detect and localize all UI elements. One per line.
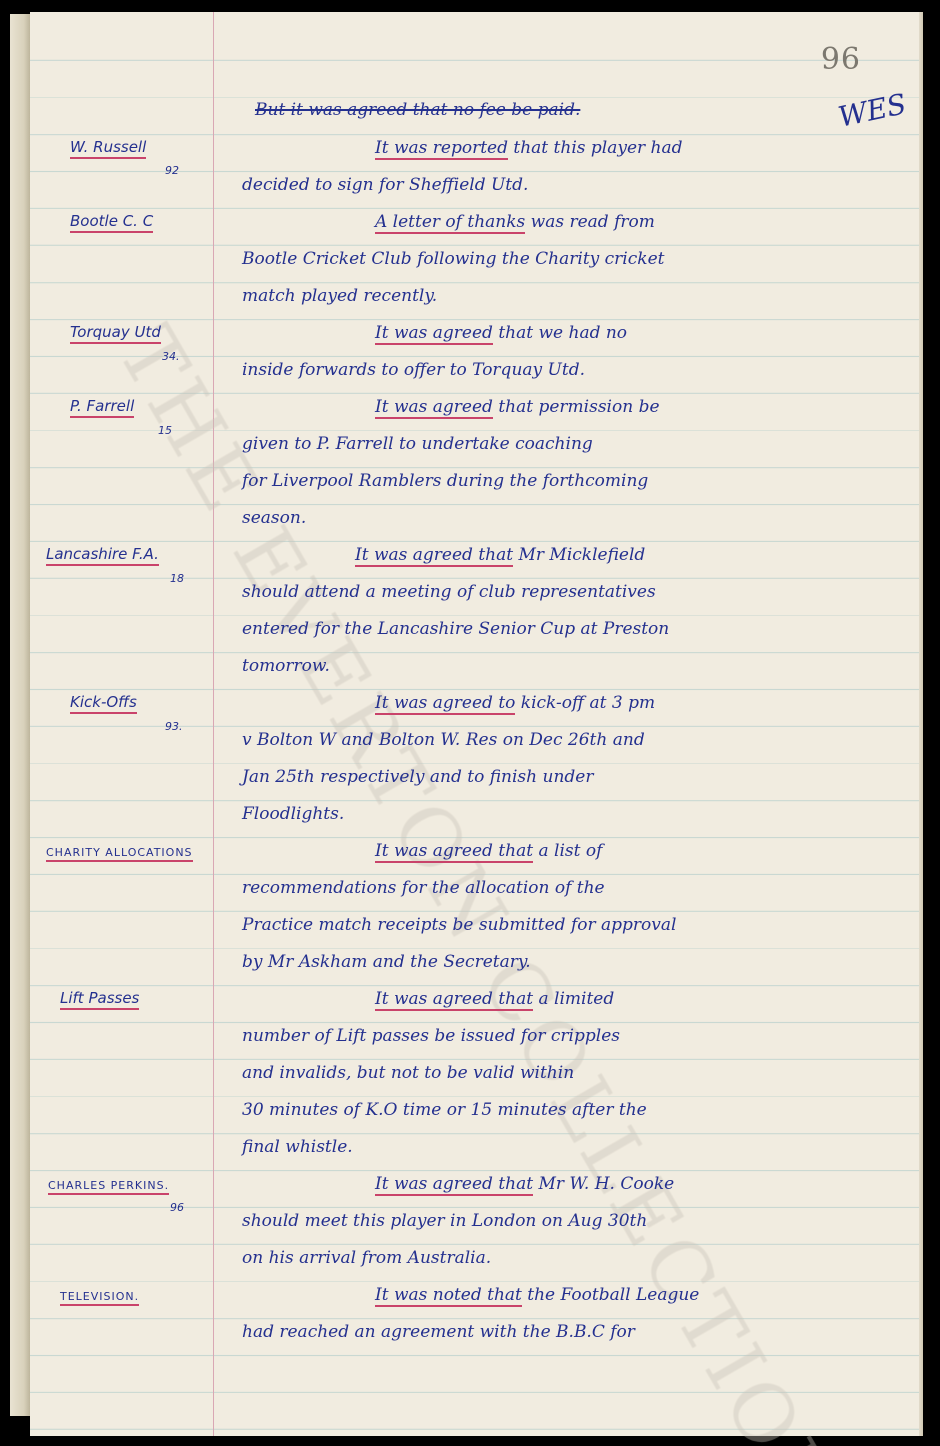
entry-line: v Bolton W and Bolton W. Res on Dec 26th… [242,730,645,750]
entry-line: It was agreed that a limited [375,989,614,1009]
line-rest: a list of [533,841,602,861]
struck-through-line: But it was agreed that no fee be paid. [255,100,580,120]
lead-phrase: It was agreed [375,323,493,345]
lead-phrase: It was noted that [375,1285,522,1307]
entry-line: It was agreed that we had no [375,323,627,343]
minute-ref: 34. [162,350,180,363]
margin-label-p-farrell: P. Farrell [70,397,134,418]
margin-label-television: TELEVISION. [60,1290,139,1306]
lead-phrase: A letter of thanks [375,212,525,234]
line-rest: that we had no [493,323,627,343]
page-edge [919,12,923,1436]
entry-line: should meet this player in London on Aug… [242,1211,647,1231]
entry-line: decided to sign for Sheffield Utd. [242,175,528,195]
entry-line: It was agreed that Mr Micklefield [355,545,645,565]
entry-line: Bootle Cricket Club following the Charit… [242,249,664,269]
lead-phrase: It was agreed that [375,989,533,1011]
lead-phrase: It was agreed [375,397,493,419]
lead-phrase: It was reported [375,138,508,160]
entry-line: had reached an agreement with the B.B.C … [242,1322,635,1342]
entry-line: A letter of thanks was read from [375,212,655,232]
entry-line: Jan 25th respectively and to finish unde… [242,767,593,787]
lead-phrase: It was agreed that [355,545,513,567]
page-number: 96 [821,42,861,77]
entry-line: by Mr Askham and the Secretary. [242,952,531,972]
margin-label-kick-offs: Kick-Offs [70,693,137,714]
margin-label-torquay-utd: Torquay Utd [70,323,161,344]
entry-line: recommendations for the allocation of th… [242,878,605,898]
entry-line: match played recently. [242,286,437,306]
line-rest: a limited [533,989,614,1009]
lead-phrase: It was agreed that [375,841,533,863]
entry-line: It was agreed that permission be [375,397,660,417]
entry-line: It was agreed that a list of [375,841,602,861]
margin-label-charity-allocations: CHARITY ALLOCATIONS [46,846,193,862]
line-rest: kick-off at 3 pm [515,693,655,713]
margin-label-charles-perkins: CHARLES PERKINS. [48,1179,169,1195]
line-rest: that permission be [493,397,660,417]
minute-ref: 15 [158,424,172,437]
minute-ref: 92 [165,164,179,177]
entry-line: and invalids, but not to be valid within [242,1063,574,1083]
entry-line: 30 minutes of K.O time or 15 minutes aft… [242,1100,647,1120]
entry-line: tomorrow. [242,656,330,676]
entry-line: Practice match receipts be submitted for… [242,915,676,935]
entry-line: for Liverpool Ramblers during the forthc… [242,471,648,491]
line-rest: Mr Micklefield [513,545,645,565]
entry-line: It was agreed to kick-off at 3 pm [375,693,655,713]
line-rest: Mr W. H. Cooke [533,1174,674,1194]
lead-phrase: It was agreed to [375,693,515,715]
entry-line: season. [242,508,306,528]
entry-line: It was noted that the Football League [375,1285,699,1305]
entry-line: should attend a meeting of club represen… [242,582,656,602]
lead-phrase: It was agreed that [375,1174,533,1196]
entry-line: entered for the Lancashire Senior Cup at… [242,619,669,639]
line-rest: that this player had [508,138,683,158]
margin-label-w-russell: W. Russell [70,138,146,159]
margin-rule [213,12,214,1436]
margin-label-lift-passes: Lift Passes [60,989,139,1010]
margin-label-bootle-cc: Bootle C. C [70,212,153,233]
entry-line: Floodlights. [242,804,344,824]
entry-line: given to P. Farrell to undertake coachin… [242,434,593,454]
entry-line: It was agreed that Mr W. H. Cooke [375,1174,674,1194]
book-spine [10,14,31,1416]
initials-signature: WES [835,87,909,134]
ledger-page: THE EVERTON COLLECTION CHARITABLE TRUST … [30,12,923,1436]
minute-ref: 96 [170,1201,184,1214]
minute-ref: 93. [165,720,183,733]
margin-label-lancashire-fa: Lancashire F.A. [46,545,159,566]
entry-line: number of Lift passes be issued for crip… [242,1026,620,1046]
entry-line: inside forwards to offer to Torquay Utd. [242,360,585,380]
line-rest: the Football League [522,1285,700,1305]
entry-line: It was reported that this player had [375,138,683,158]
minute-ref: 18 [170,572,184,585]
entry-line: on his arrival from Australia. [242,1248,491,1268]
entry-line: final whistle. [242,1137,353,1157]
line-rest: was read from [525,212,655,232]
